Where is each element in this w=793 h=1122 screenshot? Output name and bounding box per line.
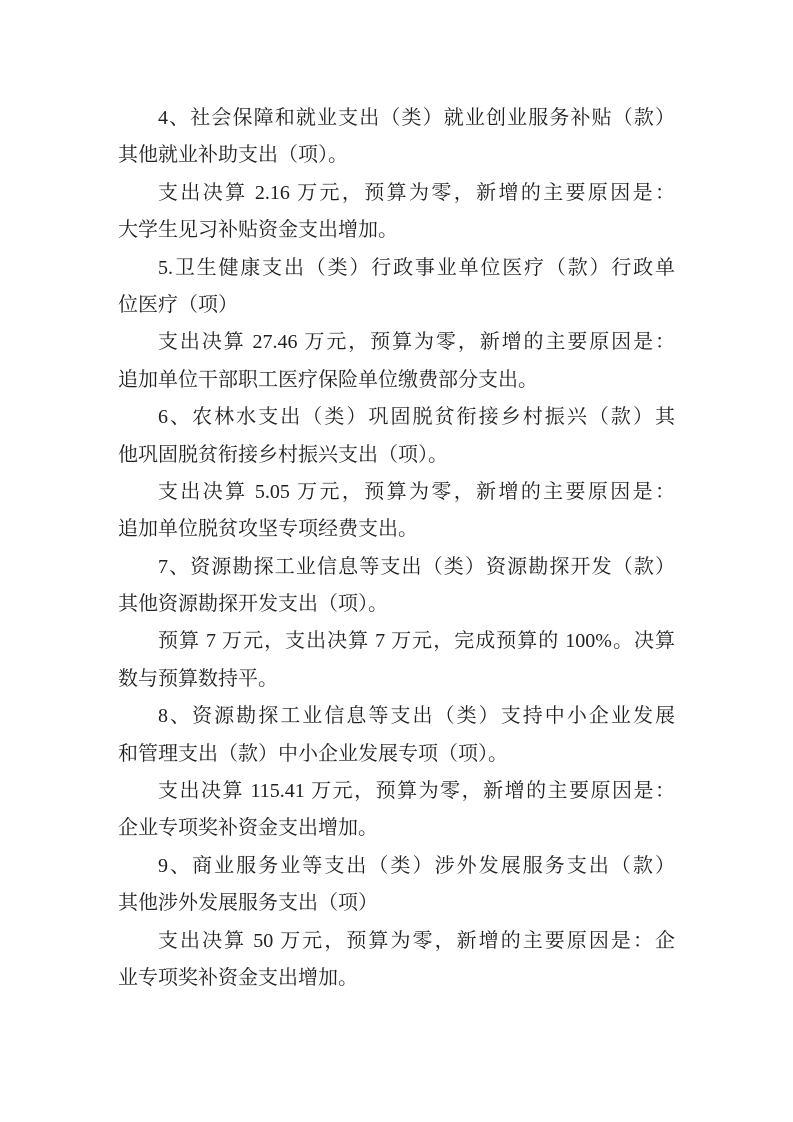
paragraph: 支出决算 115.41 万元，预算为零，新增的主要原因是：企业专项奖补资金支出增… [118,773,675,848]
text-line: 6、农林水支出（类）巩固脱贫衔接乡村振兴（款）其 [118,399,675,436]
paragraph: 支出决算 50 万元，预算为零，新增的主要原因是：企业专项奖补资金支出增加。 [118,923,675,998]
document-content: 4、社会保障和就业支出（类）就业创业服务补贴（款）其他就业补助支出（项）。支出决… [118,100,675,997]
text-line: 业专项奖补资金支出增加。 [118,960,675,997]
paragraph: 支出决算 27.46 万元，预算为零，新增的主要原因是：追加单位干部职工医疗保险… [118,324,675,399]
text-line: 9、商业服务业等支出（类）涉外发展服务支出（款） [118,848,675,885]
text-line: 7、资源勘探工业信息等支出（类）资源勘探开发（款） [118,549,675,586]
text-line: 5.卫生健康支出（类）行政事业单位医疗（款）行政单 [118,250,675,287]
paragraph: 支出决算 2.16 万元，预算为零，新增的主要原因是：大学生见习补贴资金支出增加… [118,175,675,250]
text-line: 支出决算 115.41 万元，预算为零，新增的主要原因是： [118,773,675,810]
paragraph: 预算 7 万元，支出决算 7 万元，完成预算的 100%。决算数与预算数持平。 [118,623,675,698]
text-line: 其他就业补助支出（项）。 [118,137,675,174]
text-line: 4、社会保障和就业支出（类）就业创业服务补贴（款） [118,100,675,137]
paragraph: 5.卫生健康支出（类）行政事业单位医疗（款）行政单位医疗（项） [118,250,675,325]
text-line: 追加单位干部职工医疗保险单位缴费部分支出。 [118,362,675,399]
document-page: 4、社会保障和就业支出（类）就业创业服务补贴（款）其他就业补助支出（项）。支出决… [0,0,793,1122]
text-line: 支出决算 5.05 万元，预算为零，新增的主要原因是： [118,474,675,511]
text-line: 预算 7 万元，支出决算 7 万元，完成预算的 100%。决算 [118,623,675,660]
text-line: 支出决算 50 万元，预算为零，新增的主要原因是：企 [118,923,675,960]
paragraph: 6、农林水支出（类）巩固脱贫衔接乡村振兴（款）其他巩固脱贫衔接乡村振兴支出（项）… [118,399,675,474]
text-line: 数与预算数持平。 [118,661,675,698]
text-line: 和管理支出（款）中小企业发展专项（项）。 [118,736,675,773]
paragraph: 8、资源勘探工业信息等支出（类）支持中小企业发展和管理支出（款）中小企业发展专项… [118,698,675,773]
text-line: 支出决算 2.16 万元，预算为零，新增的主要原因是： [118,175,675,212]
paragraph: 支出决算 5.05 万元，预算为零，新增的主要原因是：追加单位脱贫攻坚专项经费支… [118,474,675,549]
text-line: 其他涉外发展服务支出（项） [118,885,675,922]
text-line: 他巩固脱贫衔接乡村振兴支出（项）。 [118,437,675,474]
text-line: 支出决算 27.46 万元，预算为零，新增的主要原因是： [118,324,675,361]
text-line: 大学生见习补贴资金支出增加。 [118,212,675,249]
paragraph: 4、社会保障和就业支出（类）就业创业服务补贴（款）其他就业补助支出（项）。 [118,100,675,175]
paragraph: 9、商业服务业等支出（类）涉外发展服务支出（款）其他涉外发展服务支出（项） [118,848,675,923]
text-line: 其他资源勘探开发支出（项）。 [118,586,675,623]
paragraph: 7、资源勘探工业信息等支出（类）资源勘探开发（款）其他资源勘探开发支出（项）。 [118,549,675,624]
text-line: 追加单位脱贫攻坚专项经费支出。 [118,511,675,548]
text-line: 8、资源勘探工业信息等支出（类）支持中小企业发展 [118,698,675,735]
text-line: 位医疗（项） [118,287,675,324]
text-line: 企业专项奖补资金支出增加。 [118,810,675,847]
